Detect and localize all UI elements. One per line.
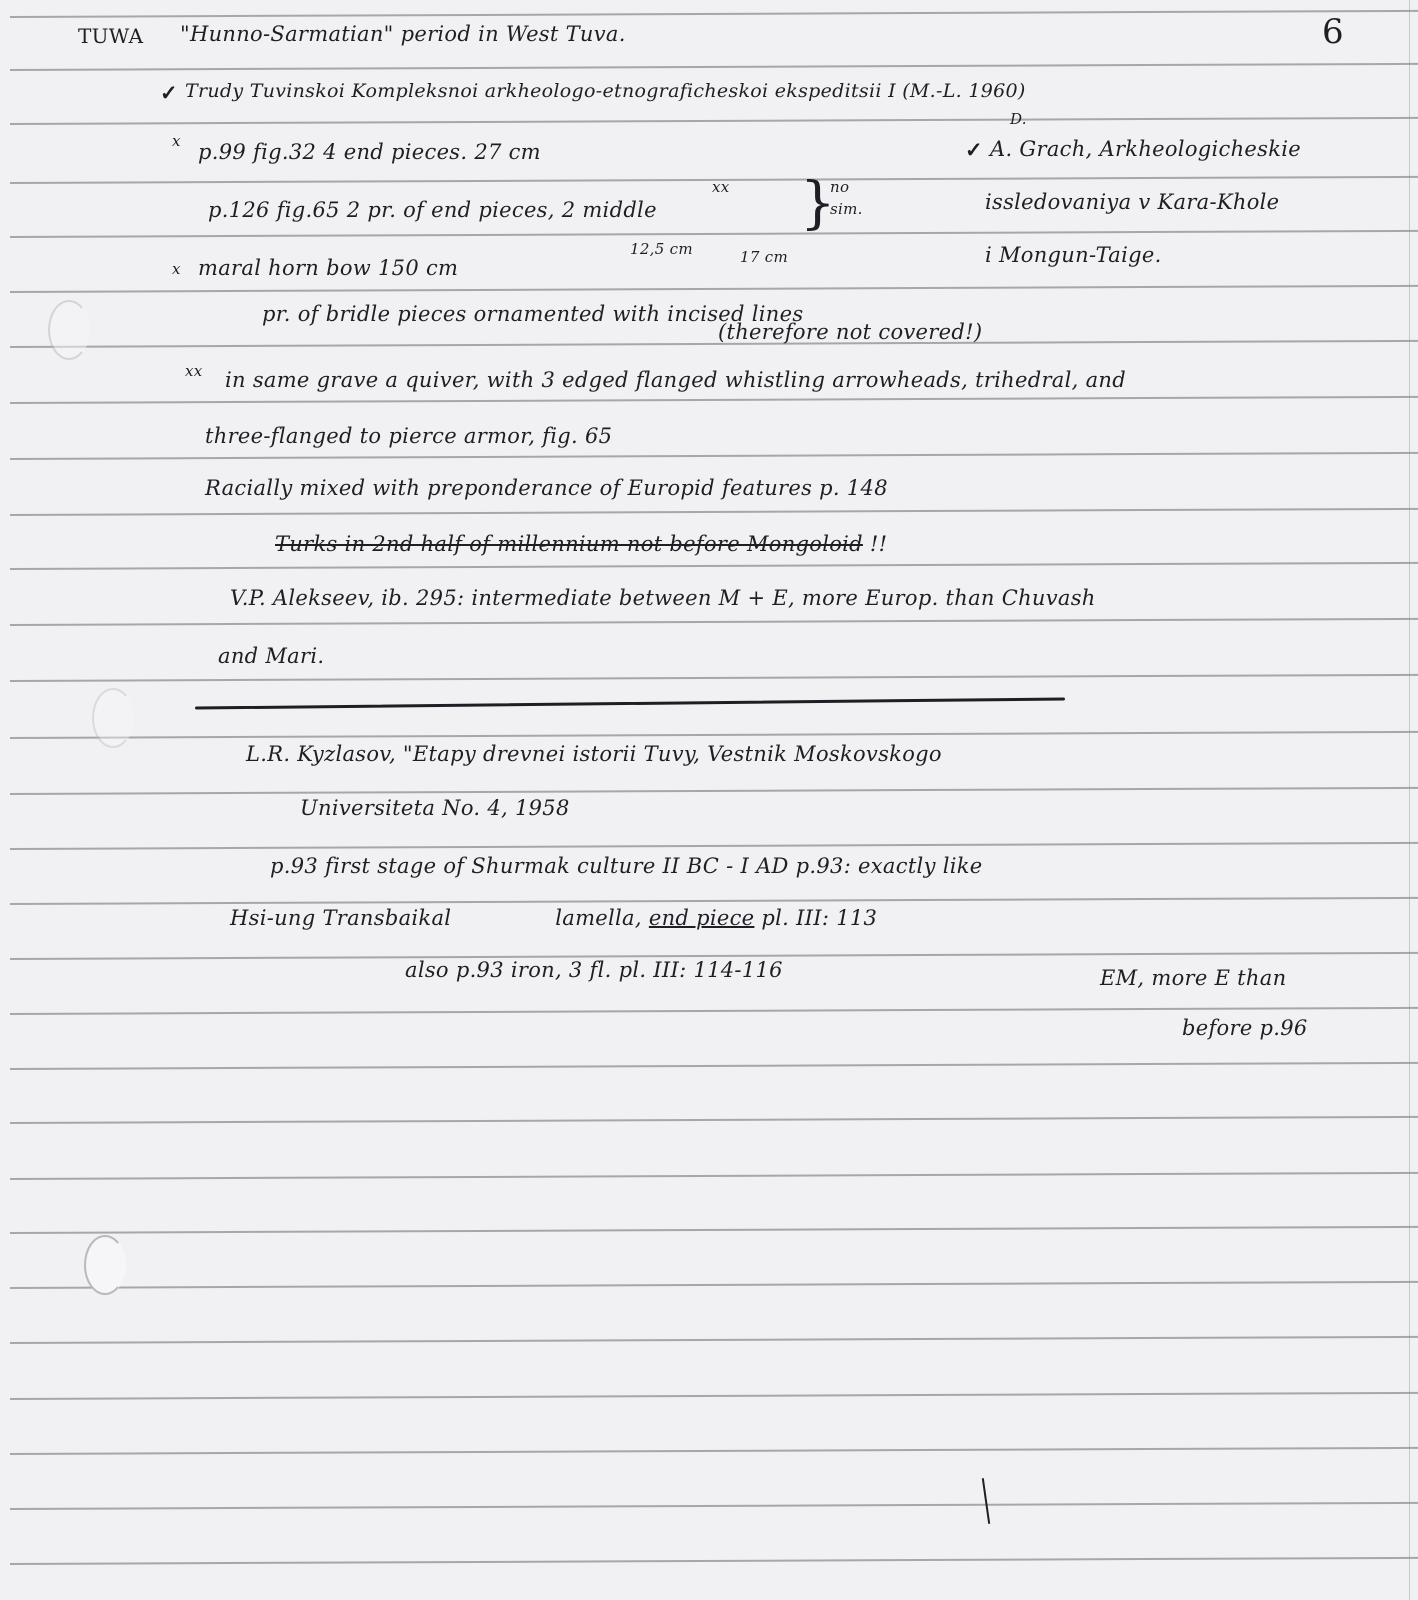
- ruled-line: [10, 842, 1418, 850]
- checkmark-icon: ✓: [160, 80, 178, 105]
- page-edge: [1409, 0, 1410, 1600]
- ruled-line: [10, 897, 1418, 905]
- note-line: before p.96: [1182, 1016, 1308, 1040]
- brace-note: sim.: [830, 200, 863, 218]
- ruled-line: [10, 508, 1418, 516]
- notebook-page: TUWA "Hunno-Sarmatian" period in West Tu…: [0, 0, 1418, 1600]
- ruled-line: [10, 230, 1418, 238]
- ruled-line: [10, 1226, 1418, 1234]
- ruled-line: [10, 1116, 1418, 1124]
- page-number: 6: [1322, 12, 1344, 52]
- ruled-line: [10, 787, 1418, 795]
- source-citation: Trudy Tuvinskoi Kompleksnoi arkheologo-e…: [185, 80, 1026, 102]
- ruled-line: [10, 1007, 1418, 1015]
- brace-note: no: [830, 178, 849, 196]
- note-line: p.126 fig.65 2 pr. of end pieces, 2 midd…: [208, 198, 657, 222]
- note-marker: xx: [712, 178, 730, 196]
- ruled-line: [10, 340, 1418, 348]
- struck-text: Turks in 2nd half of millennium not befo…: [275, 532, 863, 556]
- ruled-line: [10, 1557, 1418, 1565]
- punch-hole: [92, 688, 134, 748]
- header-label: TUWA: [78, 24, 143, 48]
- note-line: V.P. Alekseev, ib. 295: intermediate bet…: [230, 586, 1096, 610]
- ruled-line: [10, 731, 1418, 739]
- note-line: and Mari.: [218, 644, 324, 668]
- ruled-line: [10, 1447, 1418, 1455]
- note-line: p.93 first stage of Shurmak culture II B…: [270, 854, 983, 878]
- ruled-line: [10, 452, 1418, 460]
- note-line: Hsi-ung Transbaikal lamella, end piece p…: [230, 906, 877, 930]
- note-line: in same grave a quiver, with 3 edged fla…: [225, 368, 1126, 392]
- reference-line: L.R. Kyzlasov, "Etapy drevnei istorii Tu…: [246, 742, 942, 766]
- ruled-line: [10, 117, 1418, 125]
- underlined-text: end piece: [649, 906, 755, 930]
- note-line: also p.93 iron, 3 fl. pl. III: 114-116: [405, 958, 783, 982]
- ruled-line: [10, 1392, 1418, 1400]
- note-line: (therefore not covered!): [718, 320, 982, 344]
- note-line: three-flanged to pierce armor, fig. 65: [205, 424, 612, 448]
- punch-hole: [84, 1235, 126, 1295]
- pen-mark: [982, 1478, 990, 1524]
- ruled-line: [10, 1062, 1418, 1070]
- checkmark-icon: ✓: [965, 137, 983, 162]
- note-line: Racially mixed with preponderance of Eur…: [205, 476, 888, 500]
- ruled-line: [10, 1281, 1418, 1289]
- note-marker: xx: [185, 362, 203, 380]
- ruled-line: [10, 618, 1418, 626]
- ruled-line: [10, 1172, 1418, 1180]
- note-marker: x: [172, 132, 181, 150]
- dimension: 12,5 cm: [630, 240, 693, 258]
- struck-note: Turks in 2nd half of millennium not befo…: [275, 532, 887, 556]
- note-marker: x: [172, 260, 181, 278]
- ruled-line: [10, 285, 1418, 293]
- header-title: "Hunno-Sarmatian" period in West Tuva.: [180, 22, 626, 46]
- source-citation-line: A. Grach, Arkheologicheskie: [990, 137, 1301, 161]
- source-superscript: D.: [1010, 110, 1027, 128]
- note-line: maral horn bow 150 cm: [198, 256, 458, 280]
- ruled-line: [10, 674, 1418, 682]
- exclamation: !!: [870, 532, 887, 556]
- note-text: pl. III: 113: [761, 906, 877, 930]
- punch-hole: [48, 300, 90, 360]
- source-citation-line: i Mongun-Taige.: [985, 243, 1162, 267]
- note-line: p.99 fig.32 4 end pieces. 27 cm: [198, 140, 541, 164]
- ruled-line: [10, 396, 1418, 404]
- source-citation-line: issledovaniya v Kara-Khole: [985, 190, 1279, 214]
- dimension: 17 cm: [740, 248, 788, 266]
- note-text: lamella,: [555, 906, 642, 930]
- reference-line: Universiteta No. 4, 1958: [300, 796, 570, 820]
- ruled-line: [10, 1502, 1418, 1510]
- ruled-line: [10, 10, 1418, 18]
- note-text: Hsi-ung Transbaikal: [230, 906, 451, 930]
- note-line: EM, more E than: [1100, 966, 1286, 990]
- ruled-line: [10, 63, 1418, 71]
- ruled-line: [10, 562, 1418, 570]
- section-divider: [195, 697, 1065, 709]
- ruled-line: [10, 1336, 1418, 1344]
